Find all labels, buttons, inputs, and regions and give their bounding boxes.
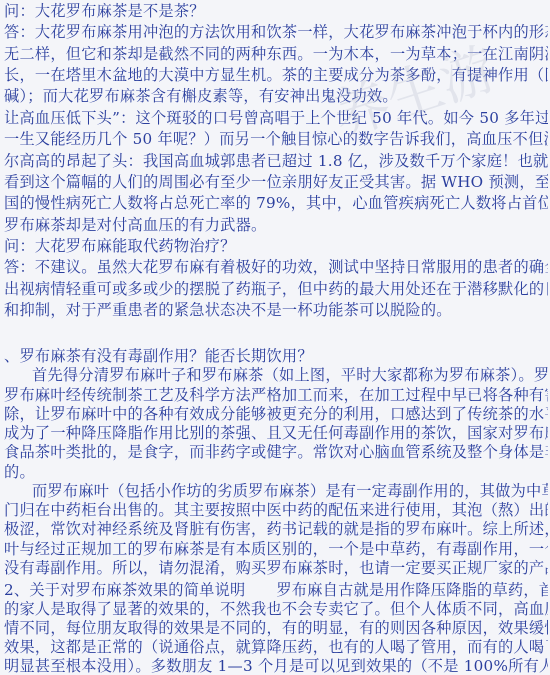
- text-line: 食品茶叶类批的，是食字，而非药字或健字。常饮对心脑血管系统及整个身体是非常有益: [4, 442, 548, 462]
- text-line: 、罗布麻茶有没有毒副作用？能否长期饮用？: [4, 346, 548, 366]
- text-line: 长，一在塔里木盆地的大漠中方显生机。茶的主要成分为茶多酚，有提神作用（因含咖啡: [4, 65, 548, 85]
- text-line: 的。: [4, 462, 548, 482]
- text-line: 门归在中药柜台出售的。其主要按照中医中药的配伍来进行使用，其泡（熬）出的水口感: [4, 500, 548, 520]
- text-line: 成为了一种降压降脂作用比别的茶强、且又无任何毒副作用的茶饮，国家对罗布麻茶是按: [4, 423, 548, 443]
- text-line: 答：大花罗布麻茶用冲泡的方法饮用和饮茶一样，大花罗布麻茶冲泡于杯内的形态也和茶: [4, 22, 548, 42]
- text-line: 而罗布麻叶（包括小作坊的劣质罗布麻茶）是有一定毒副作用的，其做为中草药是专: [4, 481, 548, 501]
- text-line: 除，让罗布麻叶中的各种有效成分能够被更充分的利用，口感达到了传统茶的水平，使其: [4, 404, 548, 424]
- text-line: 的家人是取得了显著的效果的，不然我也不会专卖它了。但个人体质不同，高血压病因病: [4, 599, 548, 619]
- document-page: 问：大花罗布麻茶是不是茶？答：大花罗布麻茶用冲泡的方法饮用和饮茶一样，大花罗布麻…: [0, 0, 550, 675]
- text-line: 极涩，常饮对神经系统及肾脏有伤害，药书记载的就是指的罗布麻叶。综上所述，罗布麻: [4, 519, 548, 539]
- text-line: 一生又能经历几个 50 年呢？）而另一个触目惊心的数字告诉我们，高血压不但没低下…: [4, 129, 548, 149]
- text-line: 叶与经过正规加工的罗布麻茶是有本质区别的，一个是中草药，有毒副作用，一个是食品，: [4, 539, 548, 559]
- text-line: 明显甚至根本没用）。多数朋友 1—3 个月是可以见到效果的（不是 100%所有人…: [4, 656, 548, 675]
- text-line: 和抑制，对于严重患者的紧急状态决不是一杯功能茶可以脱险的。: [4, 300, 548, 320]
- text-line: 看到这个篇幅的人们的周围必有至少一位亲朋好友正受其害。据 WHO 预测，至 20…: [4, 172, 548, 192]
- text-line: 罗布麻茶却是对付高血压的有力武器。: [4, 215, 548, 235]
- text-line: 尔高高的昂起了头：我国高血城郭患者已超过 1.8 亿，涉及数千万个家庭！也就是说…: [4, 151, 548, 171]
- text-line: 问：大花罗布麻茶是不是茶？: [4, 1, 548, 21]
- text-line: 出视病情轻重可或多或少的摆脱了药瓶子，但中药的最大用处还在于潜移默化的日常调理: [4, 279, 548, 299]
- text-line: 答：不建议。虽然大花罗布麻有着极好的功效，测试中坚持日常服用的患者的确全部反映: [4, 257, 548, 277]
- text-line: 无二样，但它和茶却是截然不同的两种东西。一为木本，一为草本；一在江南阴湿之地生: [4, 44, 548, 64]
- text-line: 情不同，每位朋友取得的效果是不同的，有的明显，有的则因各种原因，效果缓慢甚至没: [4, 618, 548, 638]
- text-line: 首先得分清罗布麻叶子和罗布麻茶（如上图，平时大家都称为罗布麻茶）。罗布麻茶是: [4, 365, 548, 385]
- text-line: 2、关于对罗布麻茶效果的简单说明 罗布麻自古就是用作降压降脂的草药，首先我自己: [4, 580, 548, 600]
- text-line: 罗布麻叶经传统制茶工艺及科学方法严格加工而来，在加工过程中早已将各种有害成分去: [4, 385, 548, 405]
- text-line: 让高血压低下头”：这个斑驳的口号曾高唱于上个世纪 50 年代。如今 50 多年过…: [4, 108, 548, 128]
- text-line: 碱）；而大花罗布麻茶含有槲皮素等，有安神出鬼没功效。: [4, 86, 548, 106]
- text-line: 没有毒副作用。所以，请勿混淆，购买罗布麻茶时，也请一定要买正规厂家的产品。: [4, 558, 548, 578]
- text-line: 效果，这都是正常的（说通俗点，就算降压药，也有的人喝了管用，而有的人喝了效果不: [4, 637, 548, 657]
- text-line: 问：大花罗布麻能取代药物治疗？: [4, 236, 548, 256]
- text-line: 国的慢性病死亡人数将占总死亡率的 79%，其中，心血管疾病死亡人数将占首位。而大…: [4, 193, 548, 213]
